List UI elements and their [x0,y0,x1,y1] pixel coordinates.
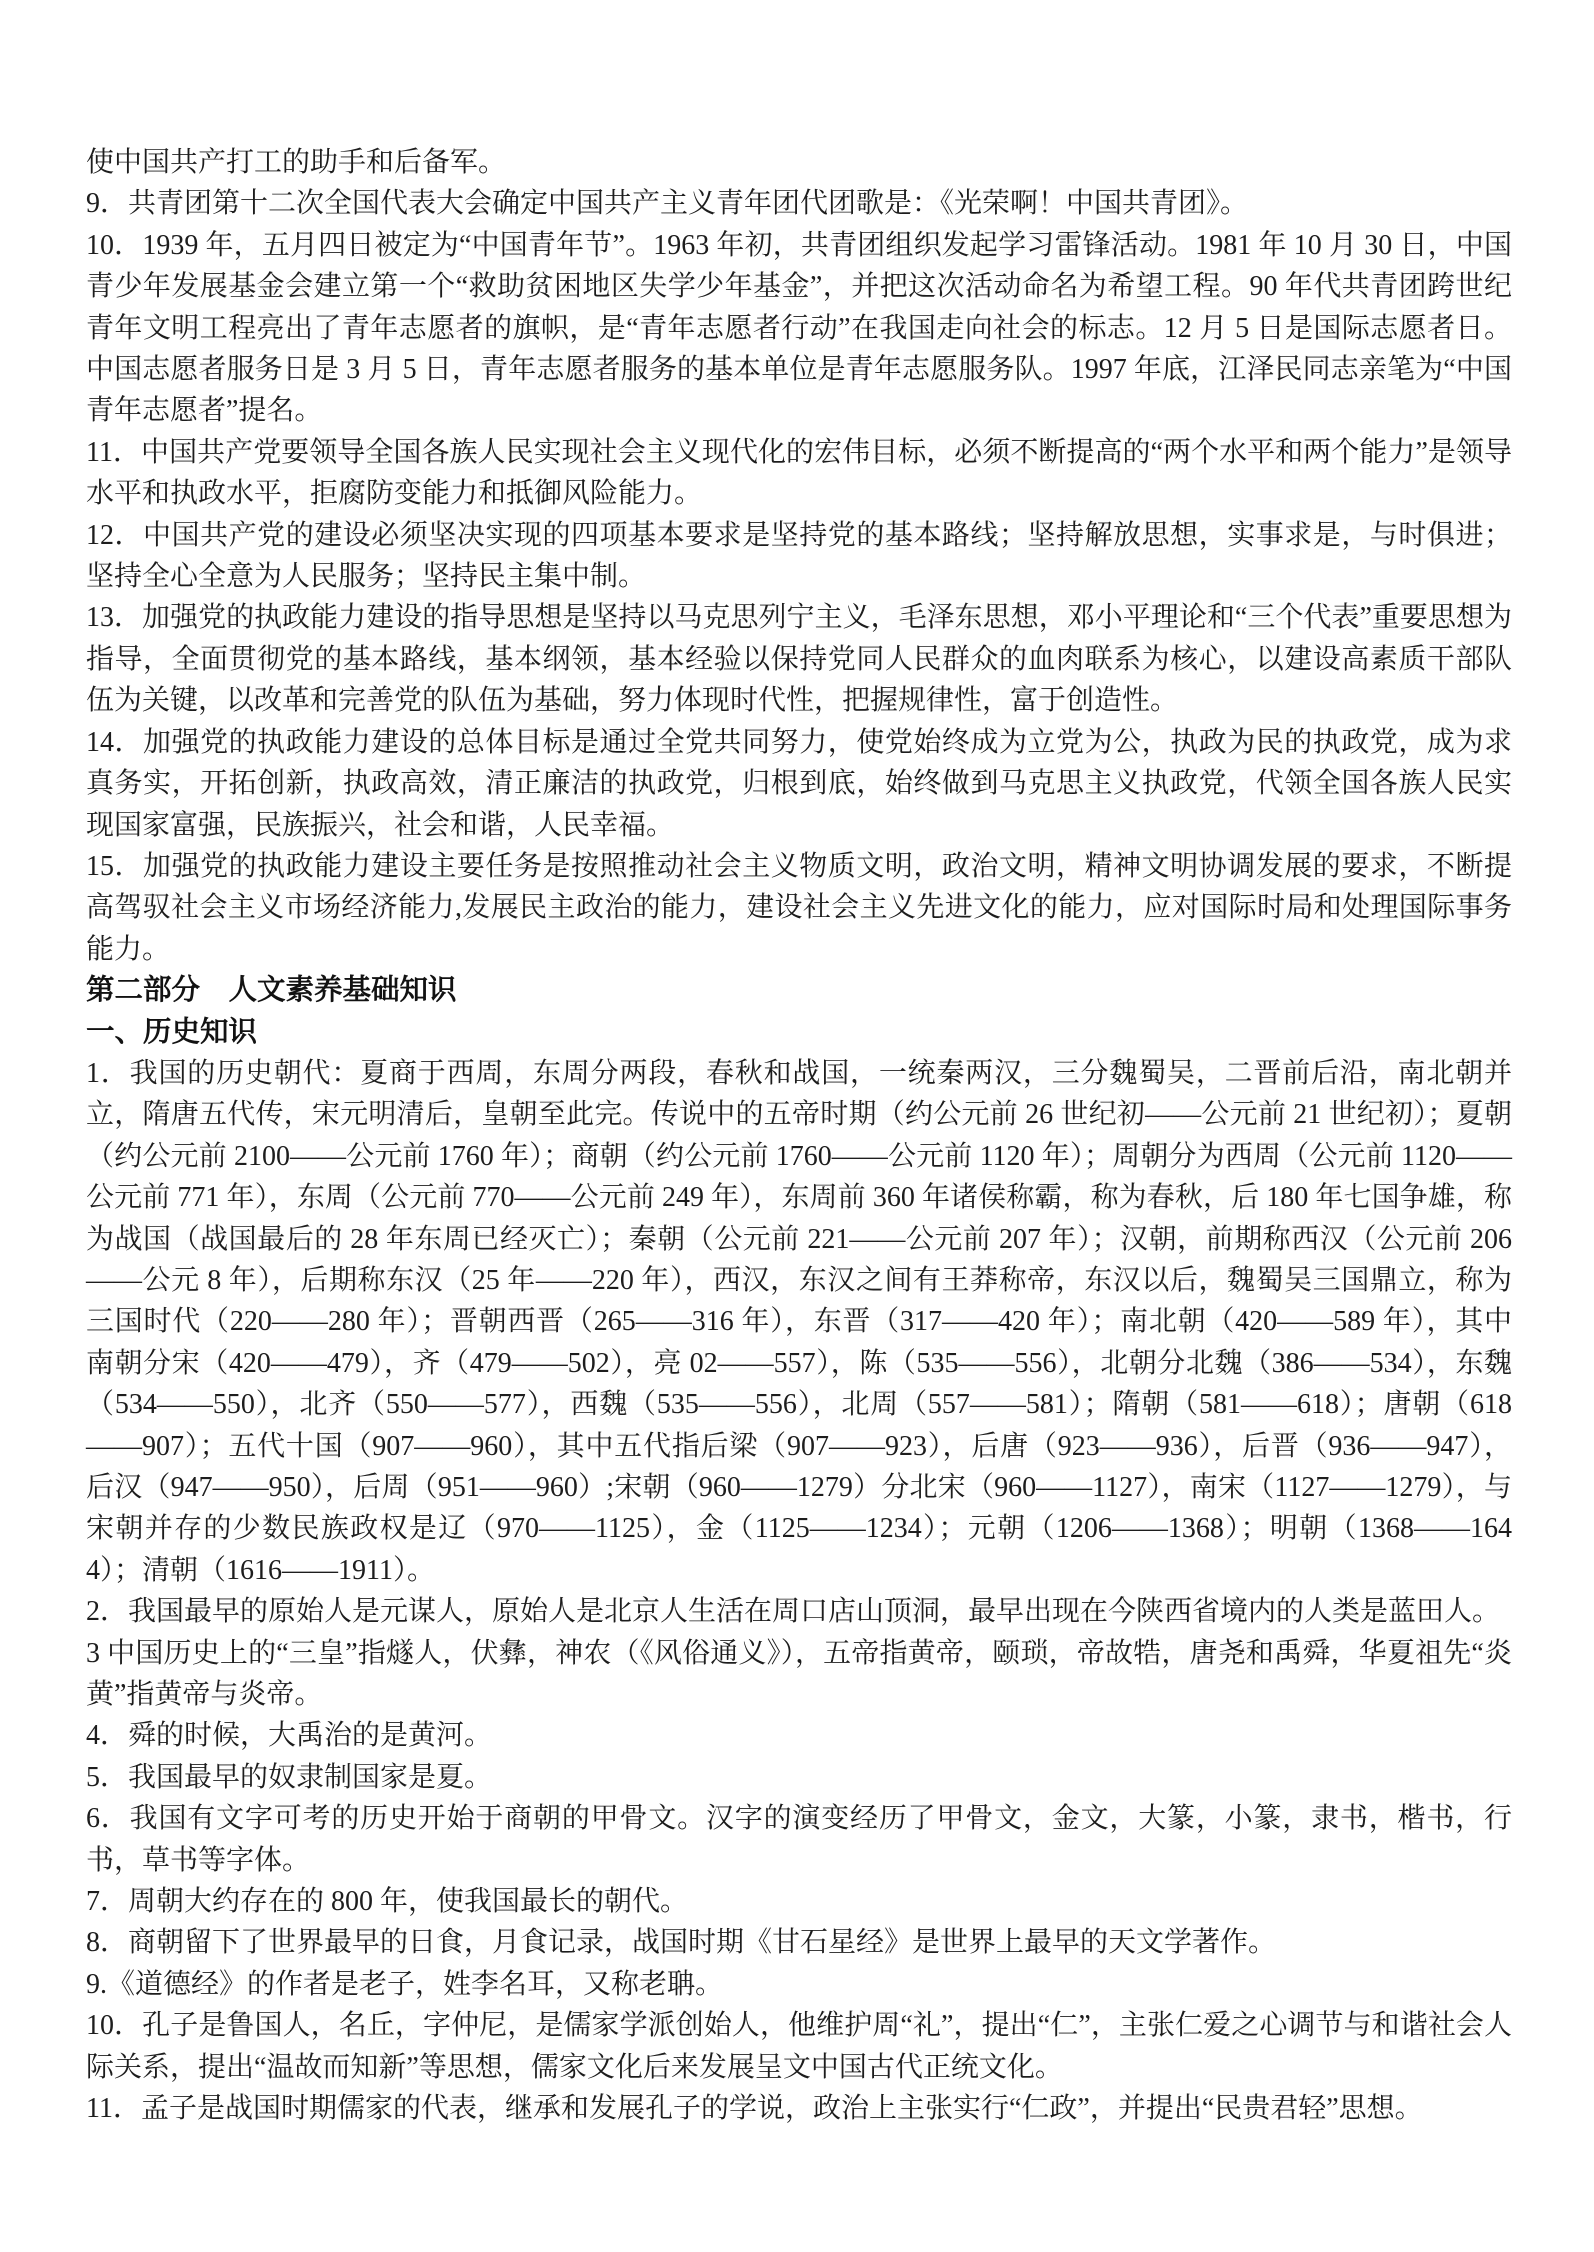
paragraph: 11．孟子是战国时期儒家的代表，继承和发展孔子的学说，政治上主张实行“仁政”，并… [86,2088,1512,2129]
document-page: 使中国共产打工的助手和后备军。9．共青团第十二次全国代表大会确定中国共产主义青年… [0,0,1594,2252]
paragraph: 2．我国最早的原始人是元谋人，原始人是北京人生活在周口店山顶洞，最早出现在今陕西… [86,1591,1512,1632]
paragraph: 9.《道德经》的作者是老子，姓李名耳，又称老聃。 [86,1964,1512,2005]
paragraph: 5．我国最早的奴隶制国家是夏。 [86,1757,1512,1798]
paragraph: 使中国共产打工的助手和后备军。 [86,142,1512,183]
paragraph: 8．商朝留下了世界最早的日食，月食记录，战国时期《甘石星经》是世界上最早的天文学… [86,1922,1512,1963]
paragraph: 10．1939 年，五月四日被定为“中国青年节”。1963 年初，共青团组织发起… [86,225,1512,432]
section-heading: 一、历史知识 [86,1012,1512,1053]
paragraph: 3 中国历史上的“三皇”指燧人，伏彝，神农（《风俗通义》），五帝指黄帝，颐琐，帝… [86,1633,1512,1716]
paragraph: 11．中国共产党要领导全国各族人民实现社会主义现代化的宏伟目标，必须不断提高的“… [86,432,1512,515]
section-heading: 第二部分 人文素养基础知识 [86,970,1512,1011]
paragraph: 1．我国的历史朝代：夏商于西周，东周分两段，春秋和战国，一统秦两汉，三分魏蜀吴，… [86,1053,1512,1591]
paragraph: 12．中国共产党的建设必须坚决实现的四项基本要求是坚持党的基本路线；坚持解放思想… [86,515,1512,598]
paragraph: 15．加强党的执政能力建设主要任务是按照推动社会主义物质文明，政治文明，精神文明… [86,846,1512,970]
paragraph: 7．周朝大约存在的 800 年，使我国最长的朝代。 [86,1881,1512,1922]
document-body: 使中国共产打工的助手和后备军。9．共青团第十二次全国代表大会确定中国共产主义青年… [86,142,1512,2130]
paragraph: 4．舜的时候，大禹治的是黄河。 [86,1715,1512,1756]
paragraph: 10．孔子是鲁国人，名丘，字仲尼，是儒家学派创始人，他维护周“礼”，提出“仁”，… [86,2005,1512,2088]
paragraph: 13．加强党的执政能力建设的指导思想是坚持以马克思列宁主义，毛泽东思想，邓小平理… [86,597,1512,721]
paragraph: 9．共青团第十二次全国代表大会确定中国共产主义青年团代团歌是：《光荣啊！中国共青… [86,183,1512,224]
paragraph: 6．我国有文字可考的历史开始于商朝的甲骨文。汉字的演变经历了甲骨文，金文，大篆，… [86,1798,1512,1881]
paragraph: 14．加强党的执政能力建设的总体目标是通过全党共同努力，使党始终成为立党为公，执… [86,722,1512,846]
